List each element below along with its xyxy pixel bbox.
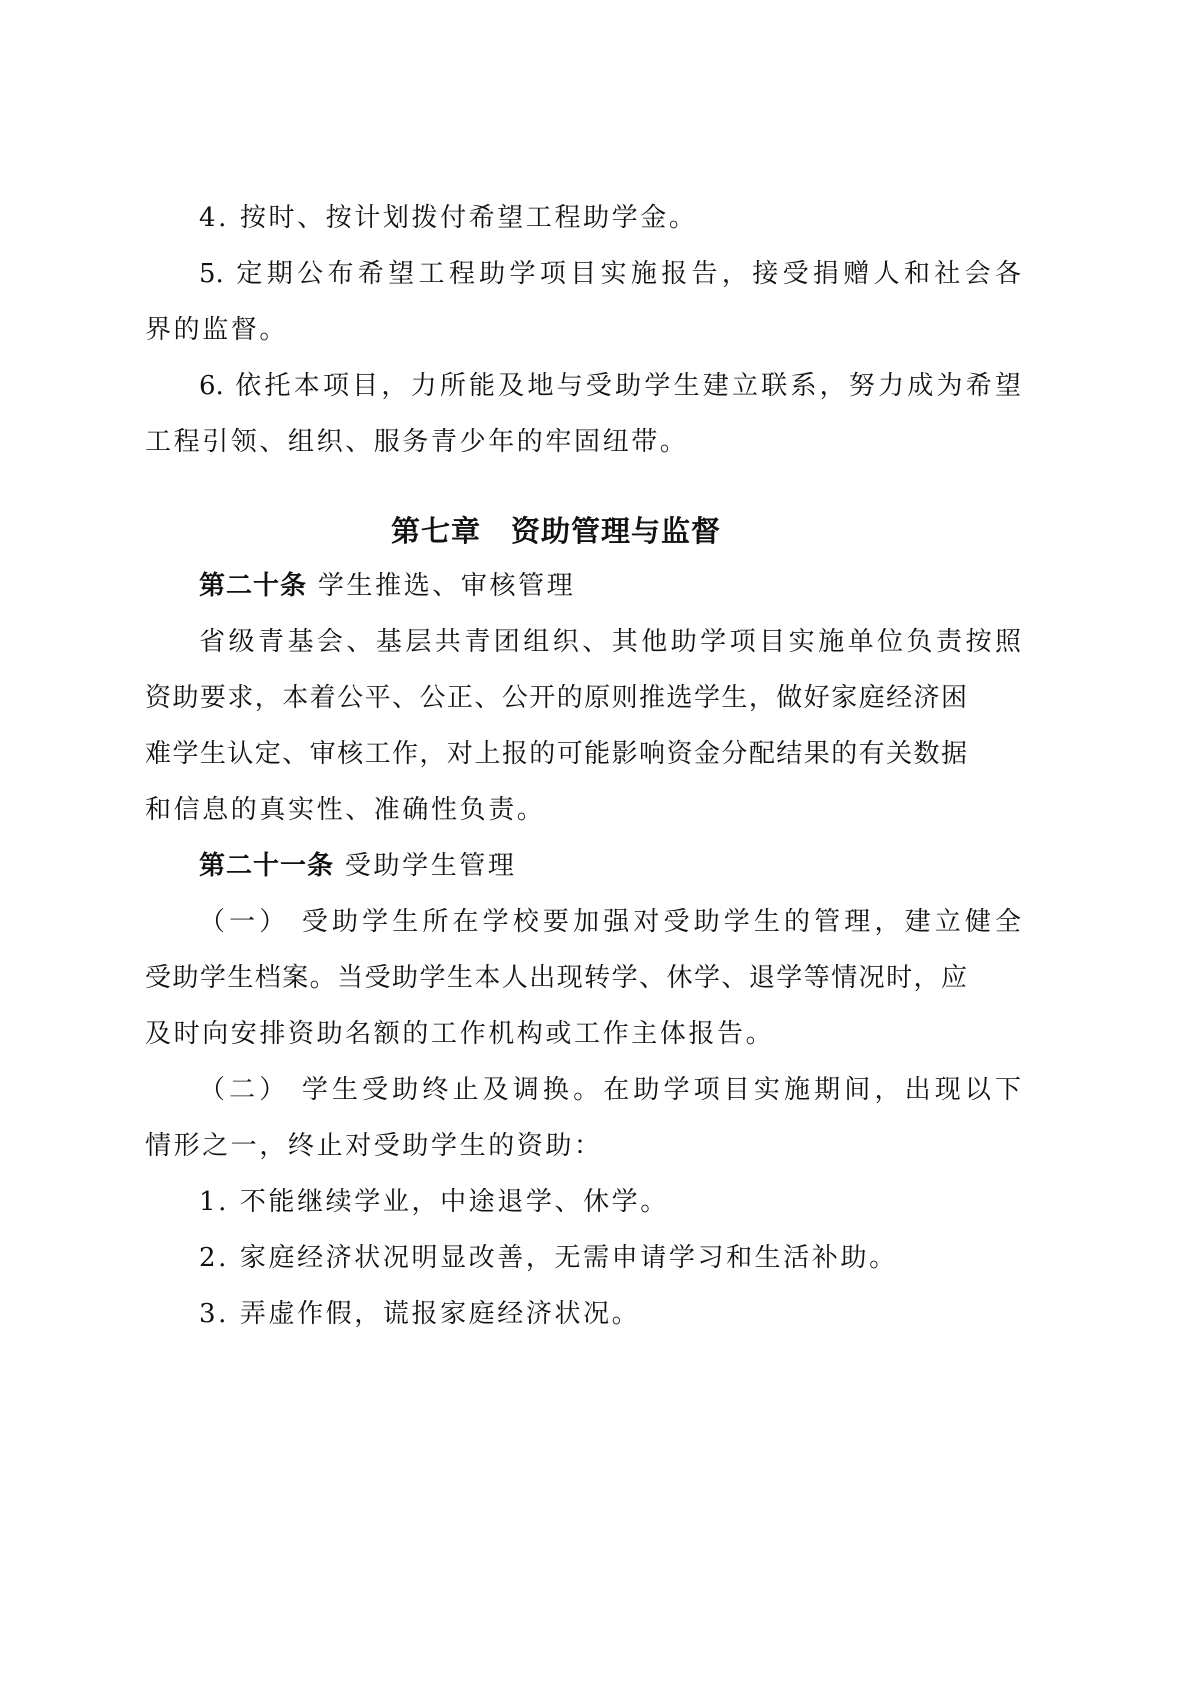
chapter-heading: 第七章 资助管理与监督 (145, 513, 967, 549)
article-21-para-1-line-3: 及时向安排资助名额的工作机构或工作主体报告。 (145, 1017, 967, 1051)
list-item-6-line-1: 6. 依托本项目，力所能及地与受助学生建立联系，努力成为希望 (145, 369, 1021, 403)
article-21-para-2-line-1: （二） 学生受助终止及调换。在助学项目实施期间，出现以下 (145, 1073, 1021, 1107)
article-21-heading: 第二十一条 受助学生管理 (145, 849, 1021, 883)
article-21-para-2-line-2: 情形之一，终止对受助学生的资助： (145, 1129, 967, 1163)
article-21-para-1-line-2: 受助学生档案。当受助学生本人出现转学、休学、退学等情况时，应 (145, 961, 967, 995)
article-20-para-line-2: 资助要求，本着公平、公正、公开的原则推选学生，做好家庭经济困 (145, 681, 967, 715)
list-item-3: 3. 弄虚作假，谎报家庭经济状况。 (145, 1297, 1021, 1331)
article-21-para-1-line-1: （一） 受助学生所在学校要加强对受助学生的管理，建立健全 (145, 905, 1021, 939)
list-item-6-line-2: 工程引领、组织、服务青少年的牢固纽带。 (145, 425, 967, 459)
article-21-title: 受助学生管理 (345, 851, 517, 881)
list-item-4: 4. 按时、按计划拨付希望工程助学金。 (145, 201, 1021, 235)
list-item-2: 2. 家庭经济状况明显改善，无需申请学习和生活补助。 (145, 1241, 1021, 1275)
list-item-5-line-2: 界的监督。 (145, 313, 967, 347)
article-20-para-line-4: 和信息的真实性、准确性负责。 (145, 793, 967, 827)
article-20-para-line-1: 省级青基会、基层共青团组织、其他助学项目实施单位负责按照 (145, 625, 1021, 659)
article-20-title: 学生推选、审核管理 (318, 571, 575, 601)
list-item-5-line-1: 5. 定期公布希望工程助学项目实施报告，接受捐赠人和社会各 (145, 257, 1021, 291)
article-21-label: 第二十一条 (199, 851, 334, 881)
article-20-label: 第二十条 (199, 571, 307, 601)
article-20-heading: 第二十条 学生推选、审核管理 (145, 569, 1021, 603)
list-item-1: 1. 不能继续学业，中途退学、休学。 (145, 1185, 1021, 1219)
article-20-para-line-3: 难学生认定、审核工作，对上报的可能影响资金分配结果的有关数据 (145, 737, 967, 771)
